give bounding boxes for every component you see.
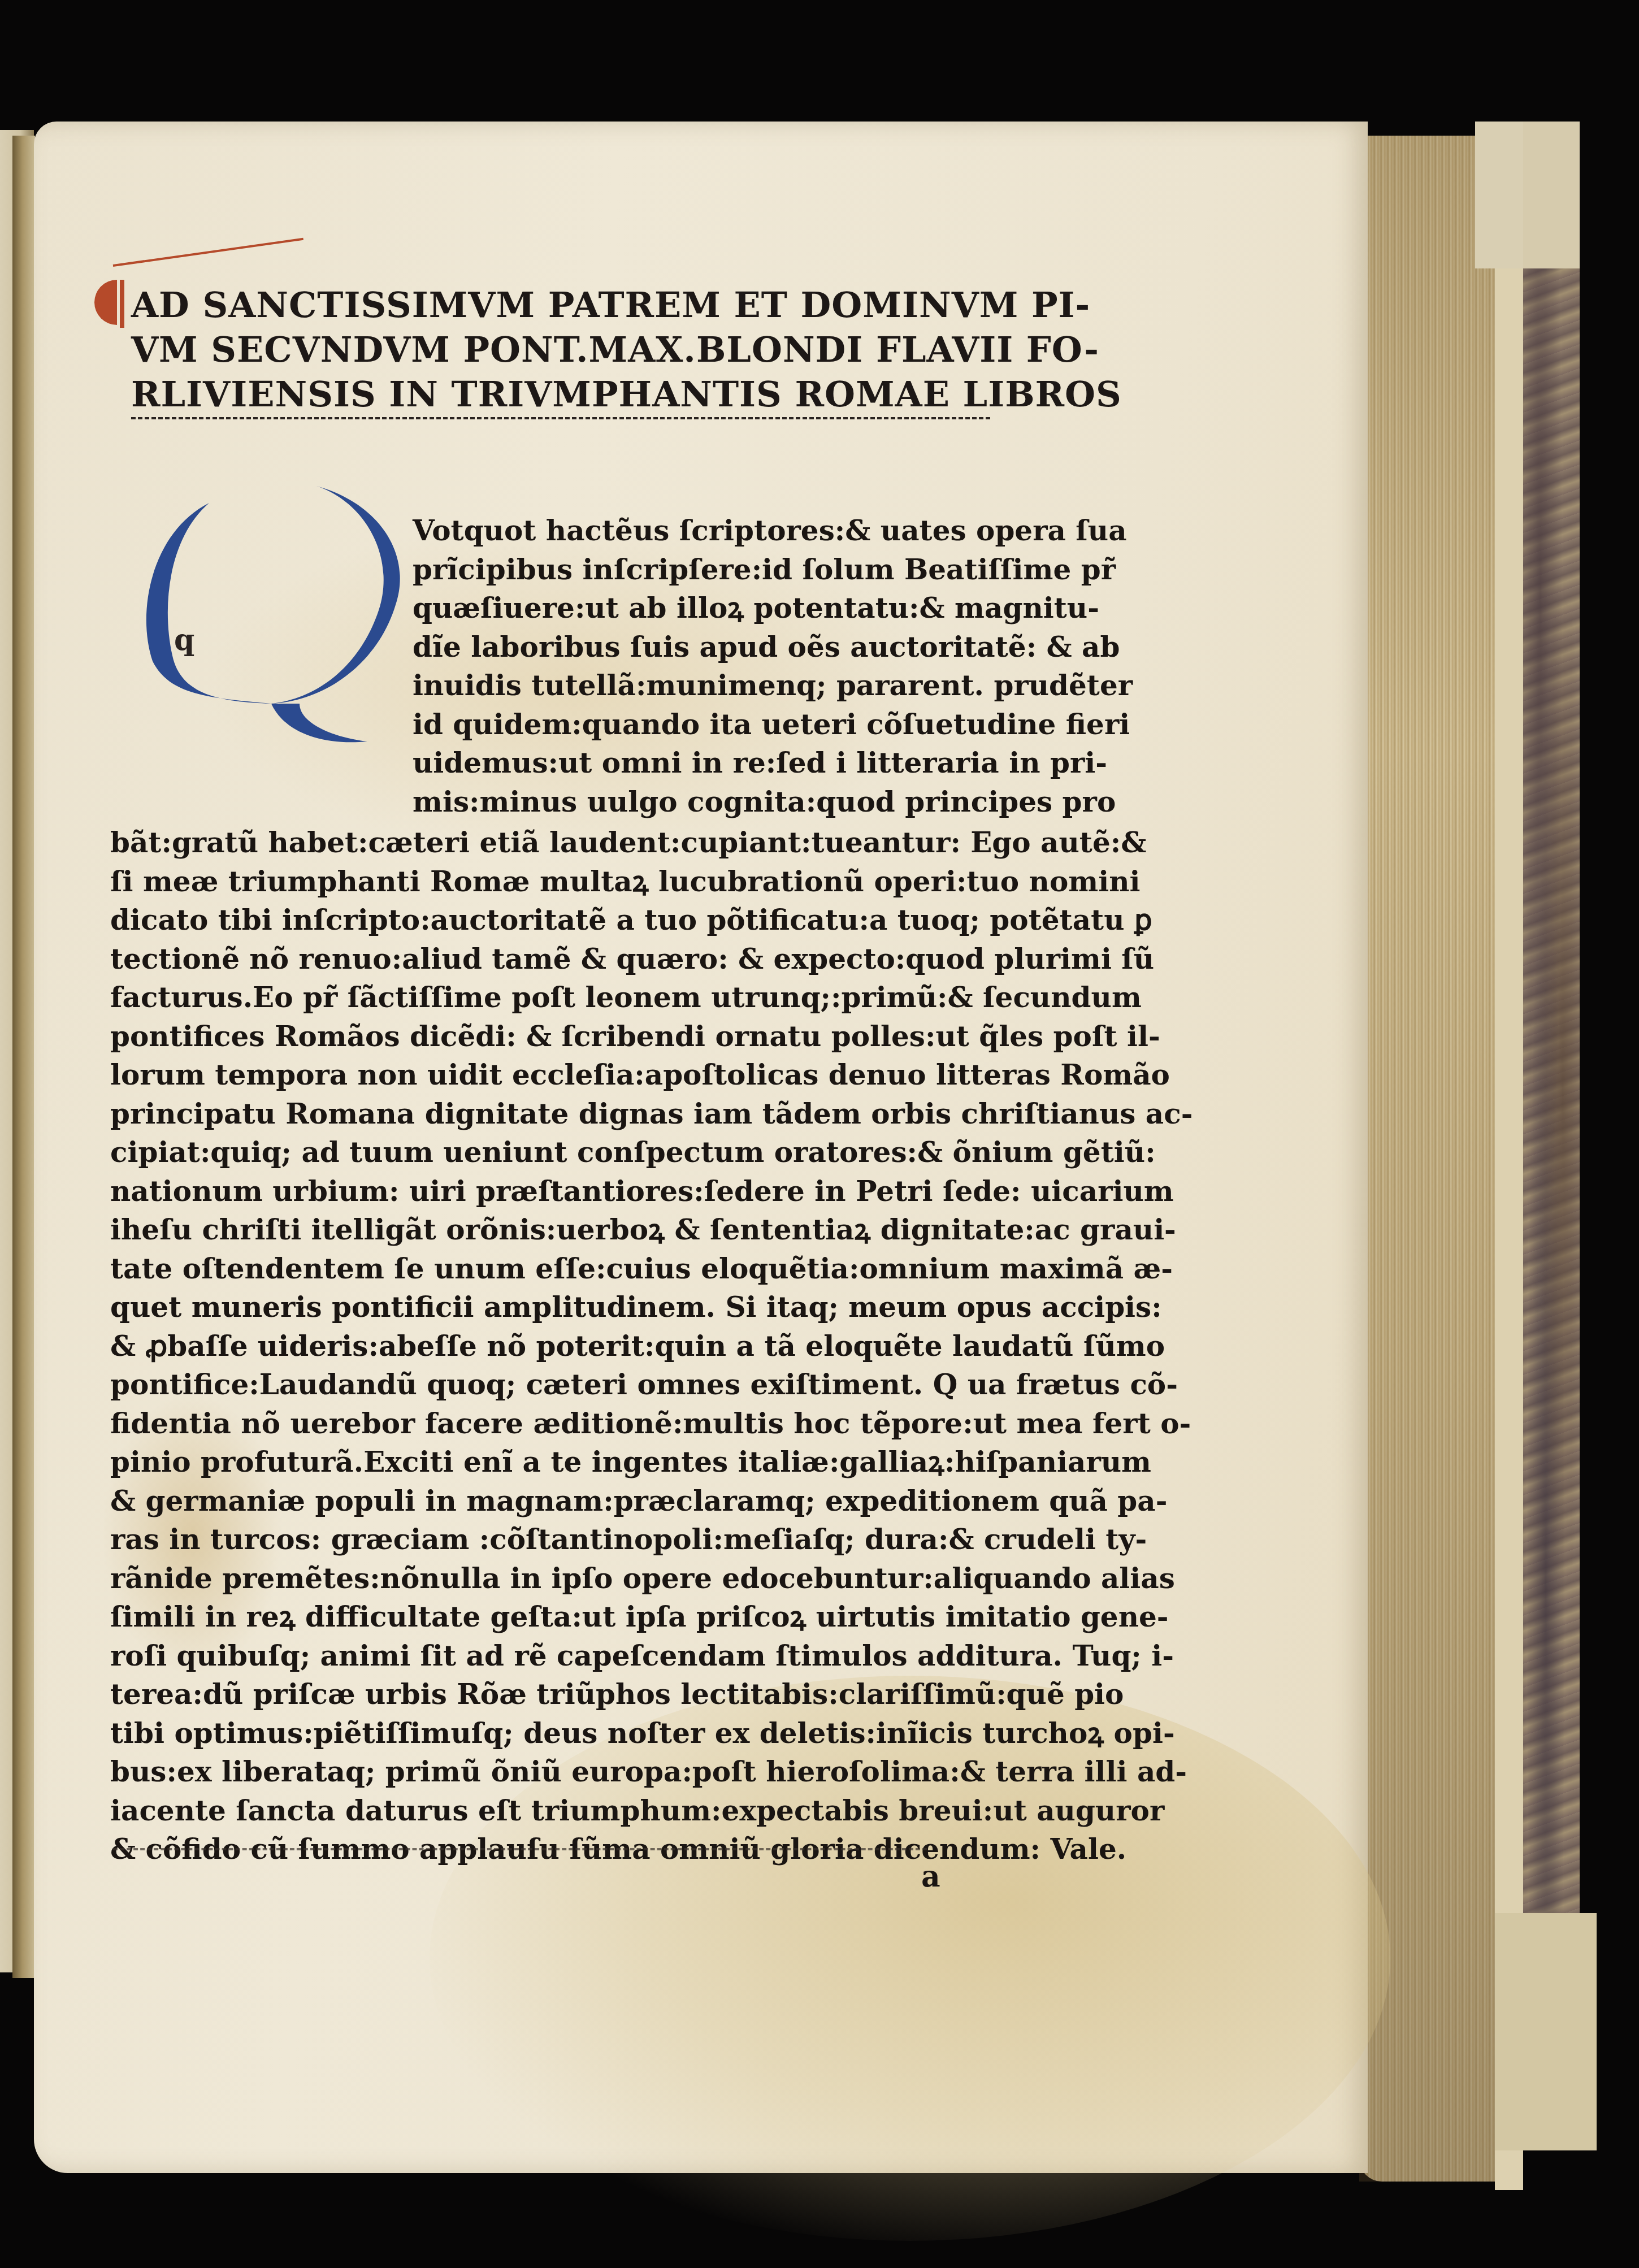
text-line: iheſu chriſti itelligãt orõnis:uerboꝝ & … (110, 1211, 998, 1250)
text-line: & ꝓbaſſe uideris:abeſſe nõ poterit:quin … (110, 1327, 998, 1366)
book-gutter (12, 136, 35, 1978)
rubric-bar (120, 280, 124, 328)
text-line: Votquot hactẽus ſcriptores:& uates opera… (413, 511, 995, 550)
fore-edge-shading (1359, 136, 1495, 2182)
vellum-corner-top (1523, 122, 1580, 268)
text-line: tectionẽ nõ renuo:aliud tamẽ & quæro: & … (110, 940, 998, 979)
text-line: facturus.Eo pr̃ ſãctiſſime poſt leonem u… (110, 978, 998, 1017)
text-line: inuidis tutellã:munimenq; pararent. prud… (413, 666, 995, 705)
text-line: dicato tibi inſcripto:auctoritatẽ a tuo … (110, 901, 998, 940)
heading-line-3: RLIVIENSIS IN TRIVMPHANTIS ROMAE LIBROS (131, 372, 990, 417)
text-line: bus:ex liberataq; primũ õniũ europa:poſt… (110, 1753, 998, 1792)
intro-text-block: Votquot hactẽus ſcriptores:& uates opera… (413, 511, 995, 821)
heading-line-1: AD SANCTISSIMVM PATREM ET DOMINVM PI- (131, 283, 990, 327)
text-line: pontifices Romãos dicẽdi: & ſcribendi or… (110, 1017, 998, 1056)
text-line: pinio profuturã.Exciti enĩ a te ingentes… (110, 1443, 998, 1482)
text-line: terea:dũ priſcæ urbis Rõæ triũphos lecti… (110, 1675, 998, 1714)
text-line: quet muneris pontificii amplitudinem. Si… (110, 1288, 998, 1327)
text-line: principatu Romana dignitate dignas iam t… (110, 1095, 998, 1134)
text-line: lorum tempora non uidit eccleſia:apoſtol… (110, 1056, 998, 1095)
text-line: fidentia nõ uerebor facere æditionẽ:mult… (110, 1404, 998, 1443)
text-line: prĩcipibus inſcripſere:id ſolum Beatiſſi… (413, 550, 995, 589)
text-line: rãnide premẽtes:nõnulla in ipſo opere ed… (110, 1559, 998, 1598)
text-line: cipiat:quiq; ad tuum ueniunt conſpectum … (110, 1133, 998, 1172)
text-line: & germaniæ populi in magnam:præclaramq; … (110, 1482, 998, 1521)
text-line: uidemus:ut omni in re:ſed i litteraria i… (413, 744, 995, 783)
text-line: roſi quibuſq; animi ſit ad rẽ capeſcenda… (110, 1637, 998, 1676)
guide-letter: q (174, 623, 194, 657)
text-line: ſimili in reꝝ difficultate geſta:ut ipſa… (110, 1598, 998, 1637)
initial-q-blue-icon: q (130, 480, 424, 797)
signature-mark: a (921, 1859, 940, 1894)
footer-underline (113, 1848, 927, 1850)
text-line: id quidem:quando ita ueteri cõſuetudine … (413, 705, 995, 744)
text-line: ras in turcos: græciam :cõſtantinopoli:m… (110, 1520, 998, 1559)
marbled-cover-board (1523, 268, 1580, 1913)
heading-line-2: VM SECVNDVM PONT.MAX.BLONDI FLAVII FO- (131, 327, 990, 372)
main-text-block: bãt:gratũ habet:cæteri etiã laudent:cupi… (110, 823, 998, 1869)
text-line: pontifice:Laudandũ quoq; cæteri omnes ex… (110, 1365, 998, 1404)
text-line: iacente ſancta daturus eſt triumphum:exp… (110, 1792, 998, 1831)
text-line: bãt:gratũ habet:cæteri etiã laudent:cupi… (110, 823, 998, 862)
title-heading: AD SANCTISSIMVM PATREM ET DOMINVM PI- VM… (131, 283, 990, 417)
text-line: tate oſtendentem ſe unum eſſe:cuius eloq… (110, 1250, 998, 1289)
vellum-corner-bottom (1495, 1913, 1597, 2150)
text-line: dĩe laboribus ſuis apud oẽs auctoritatẽ:… (413, 628, 995, 667)
text-line: nationum urbium: uiri præſtantiores:ſede… (110, 1172, 998, 1211)
heading-underline (131, 417, 990, 419)
text-line: quæſiuere:ut ab illoꝝ potentatu:& magnit… (413, 589, 995, 628)
binding-board-edge (1495, 122, 1523, 2190)
text-line: tibi optimus:piẽtiſſimuſq; deus noſter e… (110, 1714, 998, 1753)
text-line: mis:minus uulgo cognita:quod principes p… (413, 783, 995, 822)
text-line: ſi meæ triumphanti Romæ multaꝝ lucubrati… (110, 862, 998, 901)
